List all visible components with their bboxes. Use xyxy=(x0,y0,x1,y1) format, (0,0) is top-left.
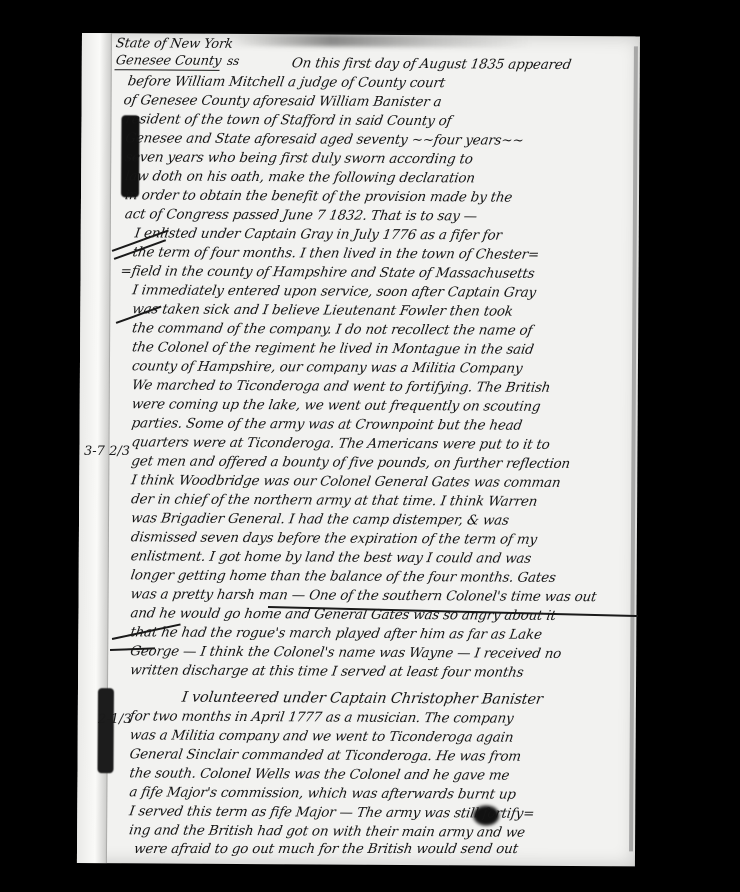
heading-county: Genesee County xyxy=(114,53,222,71)
scan-smudge xyxy=(232,34,532,48)
text-line: seven years who being first duly sworn a… xyxy=(124,150,474,167)
text-line: county of Hampshire, our company was a M… xyxy=(131,359,524,376)
text-line: enlistment. I got home by land the best … xyxy=(130,549,532,566)
text-line: longer getting home than the balance of … xyxy=(130,568,557,586)
text-line: were afraid to go out much for the Briti… xyxy=(133,842,519,857)
text-line: Genesee and State aforesaid aged seventy… xyxy=(124,131,524,148)
text-line: =field in the county of Hampshire and St… xyxy=(119,264,535,282)
text-line: General Sinclair commanded at Ticonderog… xyxy=(128,747,521,764)
text-line: We marched to Ticonderoga and went to fo… xyxy=(131,378,552,396)
text-line: get men and offered a bounty of five pou… xyxy=(130,454,571,472)
text-line: parties. Some of the army was at Crownpo… xyxy=(131,416,524,433)
page-edge-shadow xyxy=(629,46,638,851)
text-line: I volunteered under Captain Christopher … xyxy=(181,690,544,708)
text-line: ing and the British had got on with thei… xyxy=(128,823,526,840)
text-line: I think Woodbridge was our Colonel Gener… xyxy=(130,473,561,491)
margin-note: 3-7 2/3 xyxy=(84,444,130,459)
text-line: dismissed seven days before the expirati… xyxy=(130,530,538,547)
text-line: George — I think the Colonel's name was … xyxy=(129,644,562,662)
text-line: resident of the town of Stafford in said… xyxy=(124,112,452,129)
text-line: was Brigadier General. I had the camp di… xyxy=(130,511,510,528)
heading-ss: ss xyxy=(226,54,240,68)
text-line: of Genesee County aforesaid William Bani… xyxy=(122,93,442,110)
text-line: quarters were at Ticonderoga. The Americ… xyxy=(130,435,550,453)
text-line: the Colonel of the regiment he lived in … xyxy=(131,340,535,357)
text-line: was taken sick and I believe Lieutenant … xyxy=(131,302,514,319)
text-line: I enlisted under Captain Gray in July 17… xyxy=(134,226,503,243)
text-line: written discharge at this time I served … xyxy=(129,663,524,680)
text-line: I immediately entered upon service, soon… xyxy=(131,283,537,300)
text-line: law doth on his oath, make the following… xyxy=(124,169,476,186)
text-line: the command of the company. I do not rec… xyxy=(131,321,533,338)
text-line: act of Congress passed June 7 1832. That… xyxy=(124,207,478,224)
text-line: I served this term as fife Major — The a… xyxy=(128,804,535,821)
text-line: a fife Major's commission, which was aft… xyxy=(128,785,517,802)
heading-county-line: Genesee Countyss xyxy=(115,53,241,69)
text-line: that he had the rogue's march played aft… xyxy=(129,625,543,643)
text-line: was a Militia company and we went to Tic… xyxy=(129,728,515,745)
heading-state: State of New York xyxy=(115,36,234,52)
text-line: in order to obtain the benefit of the pr… xyxy=(124,188,513,205)
document-page: State of New York Genesee Countyss On th… xyxy=(77,33,640,866)
text-line: was a pretty harsh man — One of the sout… xyxy=(129,587,597,605)
text-line: the south. Colonel Wells was the Colonel… xyxy=(128,766,510,783)
text-line: were coming up the lake, we went out fre… xyxy=(131,397,542,414)
margin-note: 2-1/3 xyxy=(98,712,132,727)
text-line: On this first day of August 1835 appeare… xyxy=(291,56,572,73)
text-line: der in chief of the northern army at tha… xyxy=(130,492,538,509)
text-line: the term of four months. I then lived in… xyxy=(132,245,540,262)
text-line: for two months in April 1777 as a musici… xyxy=(129,709,515,726)
text-line: before William Mitchell a judge of Count… xyxy=(127,74,446,91)
binding-tab-mark xyxy=(97,688,114,773)
